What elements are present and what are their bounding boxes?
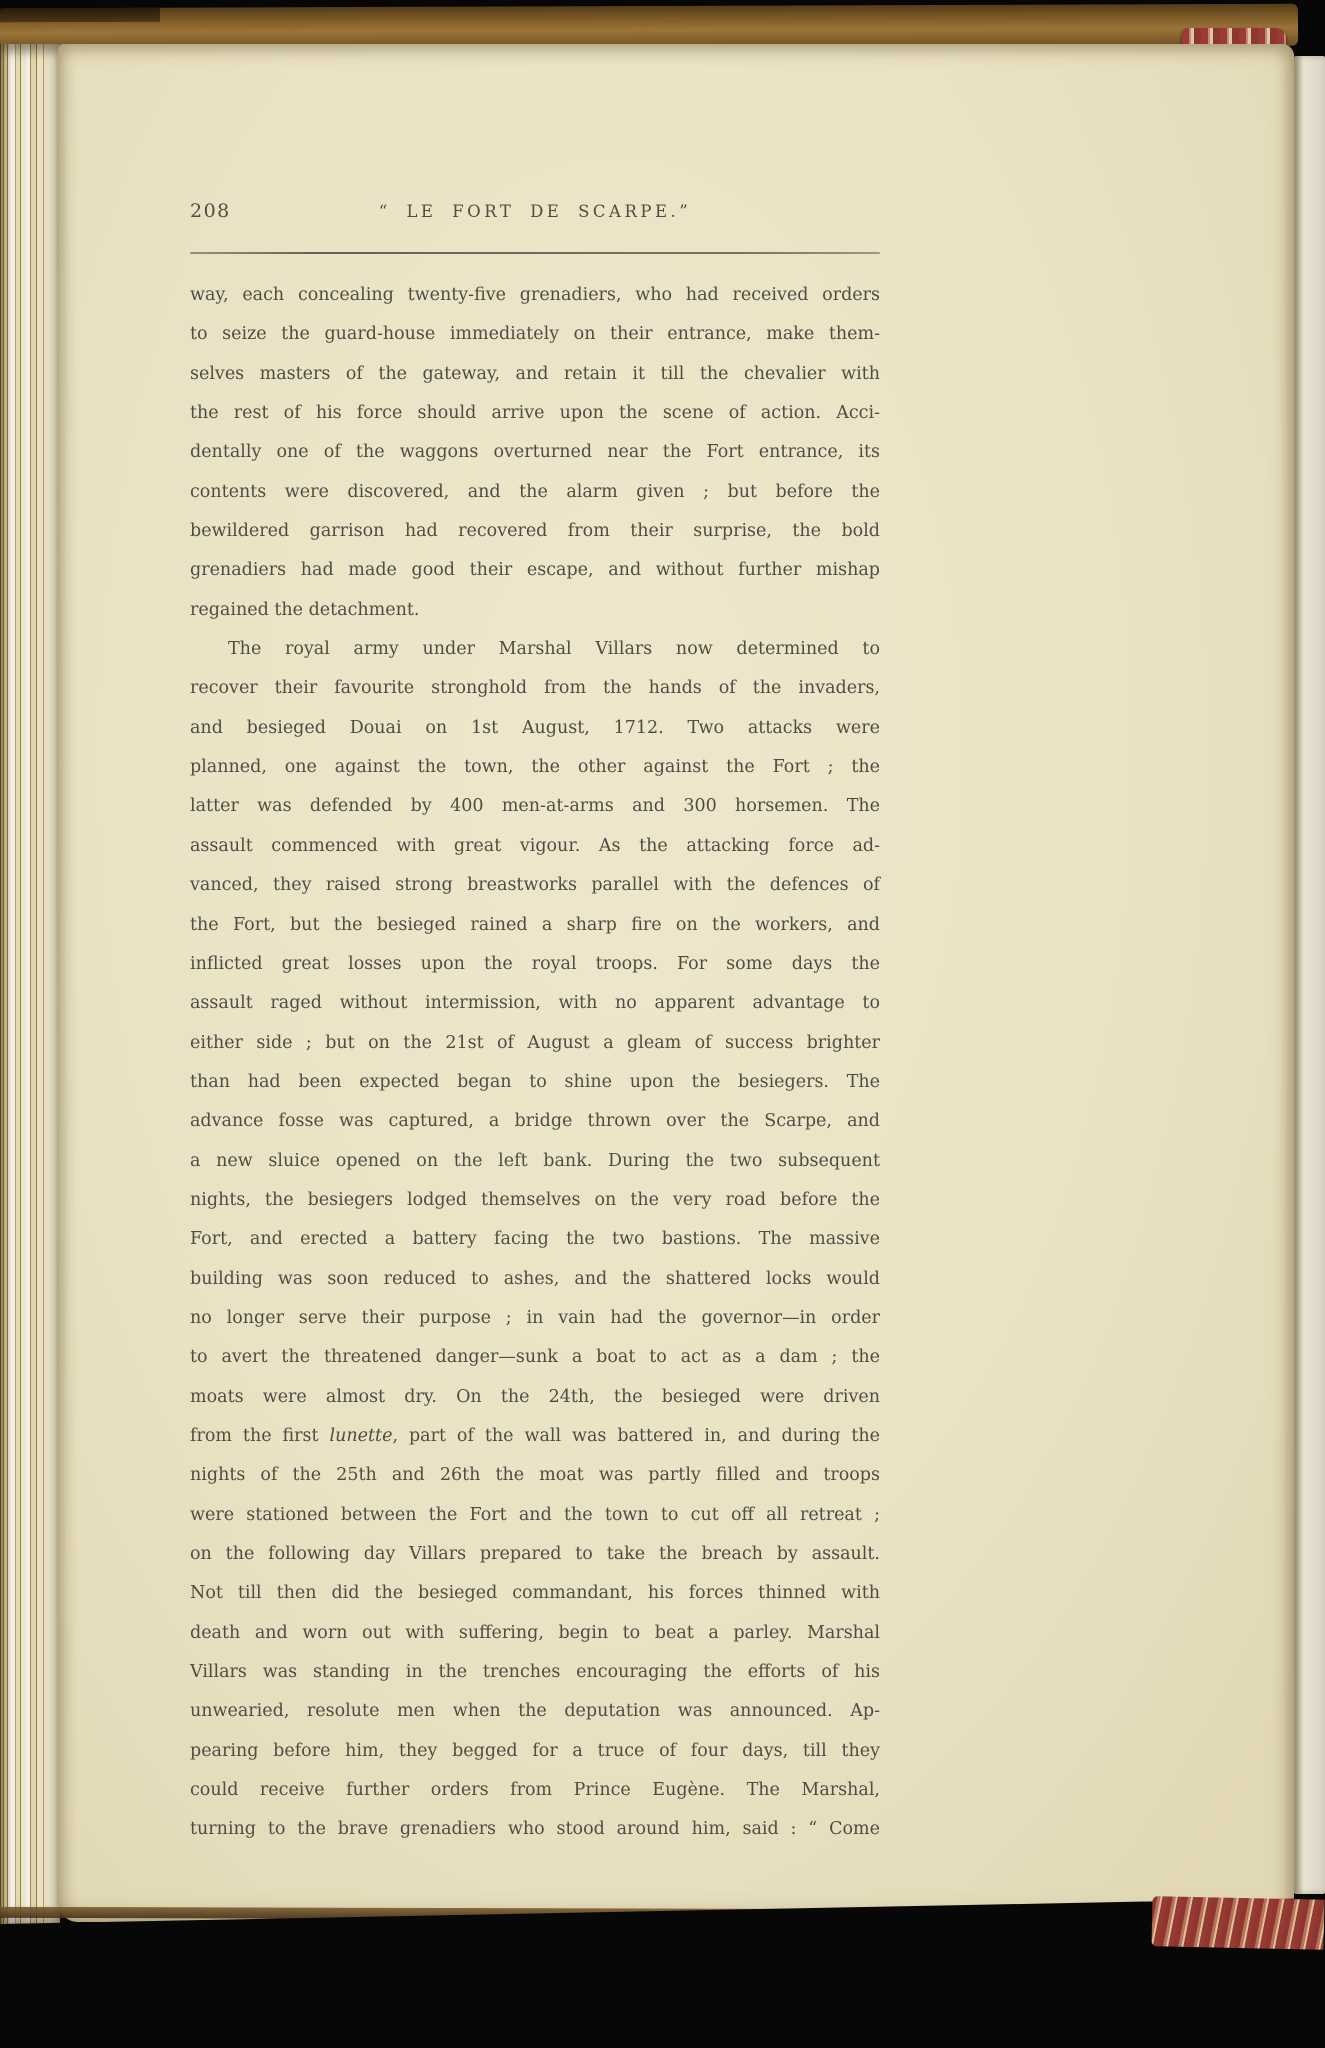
text-line: moats were almost dry. On the 24th, the … bbox=[190, 1378, 880, 1417]
text-line: from the first lunette, part of the wall… bbox=[190, 1417, 880, 1456]
text-line: recover their favourite stronghold from … bbox=[190, 669, 880, 708]
text-line: dentally one of the waggons overturned n… bbox=[190, 433, 880, 472]
text-line: nights of the 25th and 26th the moat was… bbox=[190, 1456, 880, 1495]
text-line: inflicted great losses upon the royal tr… bbox=[190, 945, 880, 984]
text-line: to avert the threatened danger—sunk a bo… bbox=[190, 1338, 880, 1377]
text-line: The royal army under Marshal Villars now… bbox=[190, 630, 880, 669]
text-line: the rest of his force should arrive upon… bbox=[190, 394, 880, 433]
text-line: either side ; but on the 21st of August … bbox=[190, 1024, 880, 1063]
text-line: Villars was standing in the trenches enc… bbox=[190, 1653, 880, 1692]
header-rule bbox=[190, 252, 880, 254]
text-line: assault raged without intermission, with… bbox=[190, 984, 880, 1023]
facing-page-edge bbox=[1294, 56, 1325, 1894]
text-line: Not till then did the besieged commandan… bbox=[190, 1574, 880, 1613]
text-line: to seize the guard-house immediately on … bbox=[190, 315, 880, 354]
text-line: building was soon reduced to ashes, and … bbox=[190, 1260, 880, 1299]
text-line: latter was defended by 400 men-at-arms a… bbox=[190, 787, 880, 826]
text-line: pearing before him, they begged for a tr… bbox=[190, 1732, 880, 1771]
text-line: the Fort, but the besieged rained a shar… bbox=[190, 906, 880, 945]
text-line: no longer serve their purpose ; in vain … bbox=[190, 1299, 880, 1338]
text-line: death and worn out with suffering, begin… bbox=[190, 1614, 880, 1653]
page-text: way, each concealing twenty-five grenadi… bbox=[190, 276, 880, 1850]
text-line: than had been expected began to shine up… bbox=[190, 1063, 880, 1102]
text-line: could receive further orders from Prince… bbox=[190, 1771, 880, 1810]
page-stack-edges-left bbox=[0, 44, 60, 1926]
page-header: 208 “ LE FORT DE SCARPE.” bbox=[190, 196, 880, 226]
cover-cloth-bottom-right bbox=[1151, 1896, 1324, 1950]
text-line: selves masters of the gateway, and retai… bbox=[190, 355, 880, 394]
text-line: vanced, they raised strong breastworks p… bbox=[190, 866, 880, 905]
text-line: regained the detachment. bbox=[190, 591, 880, 630]
text-line: were stationed between the Fort and the … bbox=[190, 1496, 880, 1535]
text-line: assault commenced with great vigour. As … bbox=[190, 827, 880, 866]
text-line: a new sluice opened on the left bank. Du… bbox=[190, 1142, 880, 1181]
text-line: and besieged Douai on 1st August, 1712. … bbox=[190, 709, 880, 748]
printed-text-block: 208 “ LE FORT DE SCARPE.” way, each conc… bbox=[190, 196, 880, 1850]
text-line: bewildered garrison had recovered from t… bbox=[190, 512, 880, 551]
book-scan-photo: 208 “ LE FORT DE SCARPE.” way, each conc… bbox=[0, 0, 1325, 2048]
running-header-title: “ LE FORT DE SCARPE.” bbox=[379, 198, 691, 226]
text-line: Fort, and erected a battery facing the t… bbox=[190, 1220, 880, 1259]
text-line: way, each concealing twenty-five grenadi… bbox=[190, 276, 880, 315]
text-line: unwearied, resolute men when the deputat… bbox=[190, 1692, 880, 1731]
page-number: 208 bbox=[190, 196, 231, 226]
book-page: 208 “ LE FORT DE SCARPE.” way, each conc… bbox=[58, 44, 1294, 1922]
text-line: turning to the brave grenadiers who stoo… bbox=[190, 1810, 880, 1849]
text-line: on the following day Villars prepared to… bbox=[190, 1535, 880, 1574]
text-line: nights, the besiegers lodged themselves … bbox=[190, 1181, 880, 1220]
text-line: planned, one against the town, the other… bbox=[190, 748, 880, 787]
text-line: grenadiers had made good their escape, a… bbox=[190, 551, 880, 590]
text-line: contents were discovered, and the alarm … bbox=[190, 473, 880, 512]
text-line: advance fosse was captured, a bridge thr… bbox=[190, 1102, 880, 1141]
